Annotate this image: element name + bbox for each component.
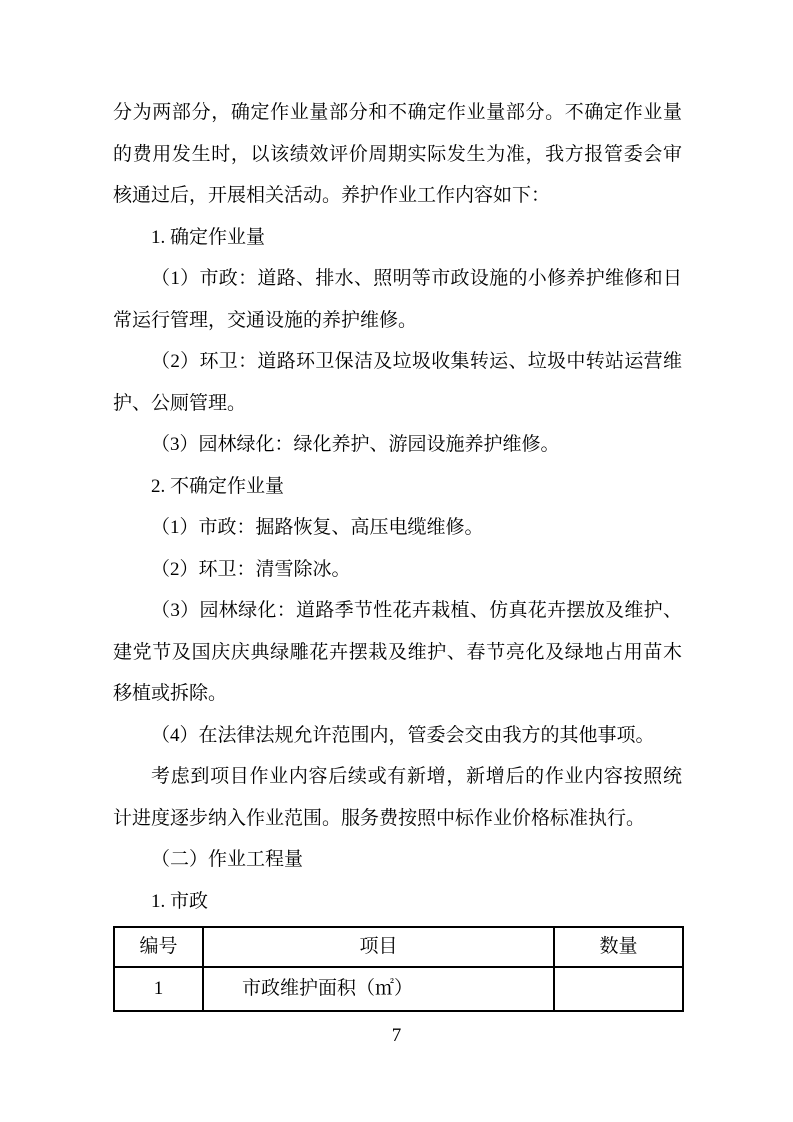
paragraph-undetermined-1: （1）市政：掘路恢复、高压电缆维修。 <box>113 507 682 549</box>
document-body: 分为两部分，确定作业量部分和不确定作业量部分。不确定作业量的费用发生时，以该绩效… <box>113 92 682 1012</box>
heading-undetermined-workload: 2. 不确定作业量 <box>113 466 682 508</box>
paragraph-determined-1: （1）市政：道路、排水、照明等市政设施的小修养护维修和日常运行管理，交通设施的养… <box>113 258 682 341</box>
document-page: 分为两部分，确定作业量部分和不确定作业量部分。不确定作业量的费用发生时，以该绩效… <box>0 0 793 1122</box>
municipal-quantity-table: 编号 项目 数量 1 市政维护面积（㎡） <box>113 926 684 1012</box>
paragraph-undetermined-4: （4）在法律法规允许范围内，管委会交由我方的其他事项。 <box>113 715 682 757</box>
paragraph-determined-2: （2）环卫：道路环卫保洁及垃圾收集转运、垃圾中转站运营维护、公厕管理。 <box>113 341 682 424</box>
paragraph-intro: 分为两部分，确定作业量部分和不确定作业量部分。不确定作业量的费用发生时，以该绩效… <box>113 92 682 217</box>
table-cell-number: 1 <box>114 967 203 1011</box>
section-heading: （二）作业工程量 <box>113 839 682 881</box>
table-cell-item: 市政维护面积（㎡） <box>203 967 554 1011</box>
heading-determined-workload: 1. 确定作业量 <box>113 217 682 259</box>
table-cell-quantity <box>554 967 683 1011</box>
paragraph-undetermined-3: （3）园林绿化：道路季节性花卉栽植、仿真花卉摆放及维护、建党节及国庆庆典绿雕花卉… <box>113 590 682 715</box>
table-header-quantity: 数量 <box>554 927 683 967</box>
table-header-row: 编号 项目 数量 <box>114 927 683 967</box>
table-row: 1 市政维护面积（㎡） <box>114 967 683 1011</box>
paragraph-determined-3: （3）园林绿化：绿化养护、游园设施养护维修。 <box>113 424 682 466</box>
table-header-item: 项目 <box>203 927 554 967</box>
subsection-heading: 1. 市政 <box>113 881 682 923</box>
paragraph-undetermined-2: （2）环卫：清雪除冰。 <box>113 549 682 591</box>
table-header-number: 编号 <box>114 927 203 967</box>
page-number: 7 <box>0 1024 793 1048</box>
paragraph-new-work-note: 考虑到项目作业内容后续或有新增，新增后的作业内容按照统计进度逐步纳入作业范围。服… <box>113 756 682 839</box>
